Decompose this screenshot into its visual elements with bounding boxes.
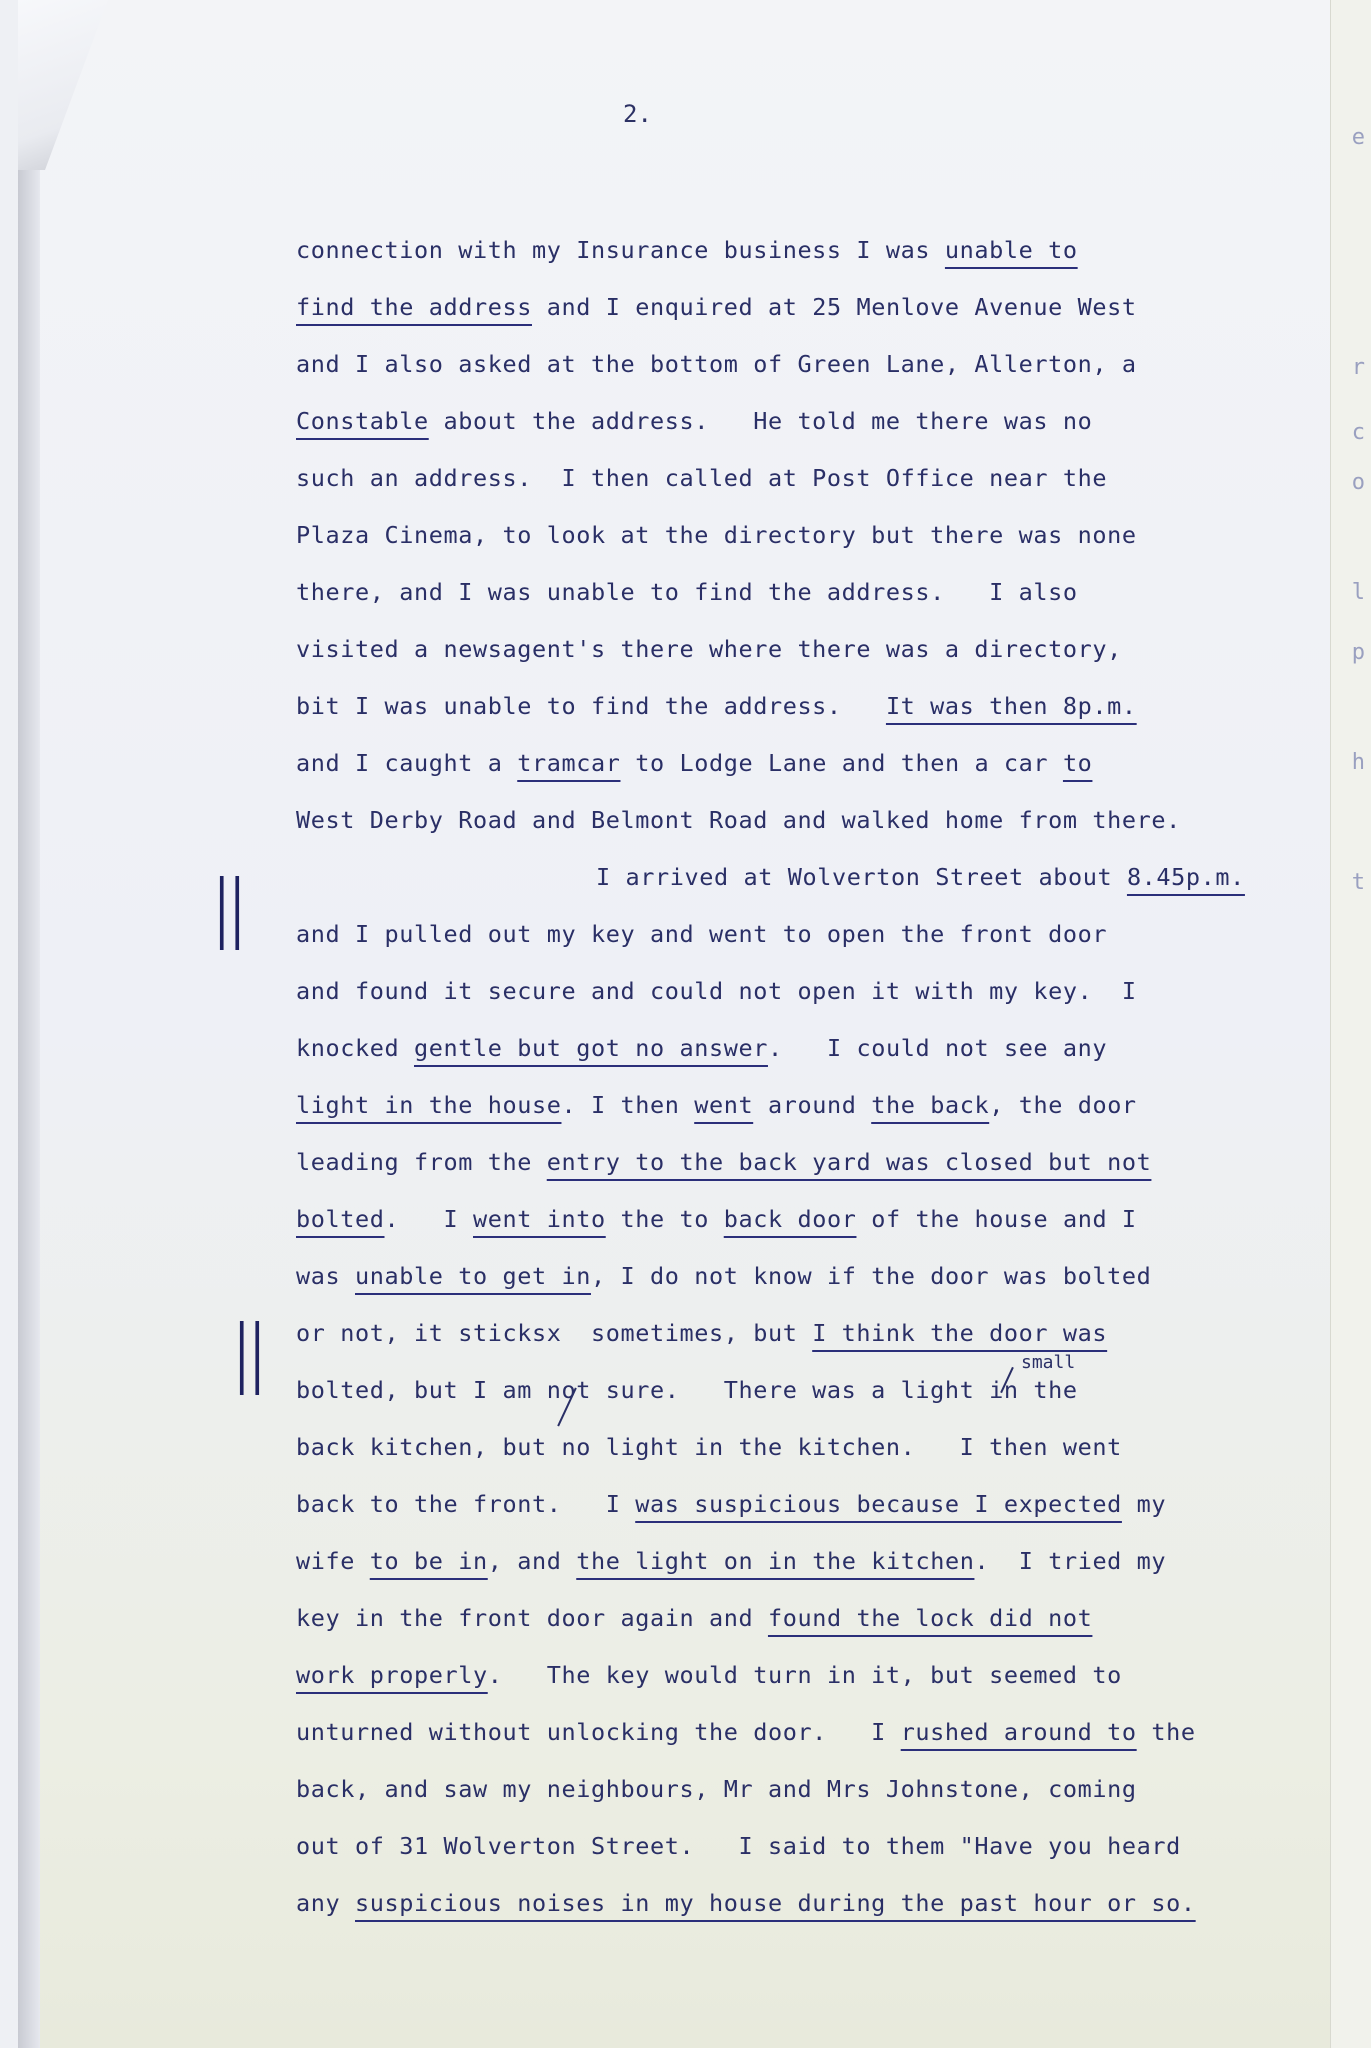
typed-line: knocked gentle but got no answer. I coul… xyxy=(296,1020,1356,1077)
underlined-text: went into xyxy=(473,1205,606,1233)
typed-line: unturned without unlocking the door. I r… xyxy=(296,1704,1356,1761)
underlined-text: light in the house xyxy=(296,1091,561,1119)
underlined-text: to be in xyxy=(370,1547,488,1575)
underlined-text: went xyxy=(694,1091,753,1119)
typed-line: and found it secure and could not open i… xyxy=(296,963,1356,1020)
typed-line: back to the front. I was suspicious beca… xyxy=(296,1476,1356,1533)
text-segment: such an address. I then called at Post O… xyxy=(296,464,1107,492)
text-segment: about the address. He told me there was … xyxy=(429,407,1093,435)
text-segment: . The key would turn in it, but seemed t… xyxy=(488,1661,1122,1689)
page-edge-shadow xyxy=(18,130,40,2048)
text-segment: , and xyxy=(488,1547,577,1575)
underlined-text: work properly xyxy=(296,1661,488,1689)
underlined-text: unable to get in xyxy=(355,1262,591,1290)
underlined-text: rushed around to xyxy=(901,1718,1137,1746)
text-segment: back, and saw my neighbours, Mr and Mrs … xyxy=(296,1775,1137,1803)
underlined-text: It was then 8p.m. xyxy=(886,692,1137,720)
typed-line: and I pulled out my key and went to open… xyxy=(296,906,1356,963)
typed-line: any suspicious noises in my house during… xyxy=(296,1875,1356,1932)
text-segment: the xyxy=(1137,1718,1196,1746)
text-segment: back kitchen, but no light in the kitche… xyxy=(296,1433,1122,1461)
text-segment: was xyxy=(296,1262,355,1290)
typed-line: work properly. The key would turn in it,… xyxy=(296,1647,1356,1704)
underlined-text: Constable xyxy=(296,407,429,435)
text-segment: there, and I was unable to find the addr… xyxy=(296,578,1078,606)
typed-line: bolted. I went into the to back door of … xyxy=(296,1191,1356,1248)
typed-line: back, and saw my neighbours, Mr and Mrs … xyxy=(296,1761,1356,1818)
underlined-text: to xyxy=(1063,749,1093,777)
text-segment: out of 31 Wolverton Street. I said to th… xyxy=(296,1832,1181,1860)
underlined-text: gentle but got no answer xyxy=(414,1034,768,1062)
text-segment: around xyxy=(753,1091,871,1119)
typed-line: find the address and I enquired at 25 Me… xyxy=(296,279,1356,336)
typed-line: West Derby Road and Belmont Road and wal… xyxy=(296,792,1356,849)
typed-line: and I also asked at the bottom of Green … xyxy=(296,336,1356,393)
typed-line: Constable about the address. He told me … xyxy=(296,393,1356,450)
text-segment: and I also asked at the bottom of Green … xyxy=(296,350,1137,378)
text-segment: unturned without unlocking the door. I xyxy=(296,1718,901,1746)
typed-line: was unable to get in, I do not know if t… xyxy=(296,1248,1356,1305)
text-segment: and found it secure and could not open i… xyxy=(296,977,1137,1005)
text-segment: bolted, but I am not sure. There was a l… xyxy=(296,1376,1078,1404)
text-segment: bit I was unable to find the address. xyxy=(296,692,886,720)
typed-line: I arrived at Wolverton Street about 8.45… xyxy=(296,849,1356,906)
text-segment: connection with my Insurance business I … xyxy=(296,236,945,264)
text-segment: . I xyxy=(385,1205,474,1233)
text-segment: . I could not see any xyxy=(768,1034,1107,1062)
underlined-text: 8.45p.m. xyxy=(1127,863,1245,891)
typed-line: key in the front door again and found th… xyxy=(296,1590,1356,1647)
underlined-text: was suspicious because I expected xyxy=(635,1490,1122,1518)
typed-line: connection with my Insurance business I … xyxy=(296,222,1356,279)
underlined-text: back door xyxy=(724,1205,857,1233)
margin-double-stroke-mark: || xyxy=(214,864,245,950)
typed-line: light in the house. I then went around t… xyxy=(296,1077,1356,1134)
typed-line: visited a newsagent's there where there … xyxy=(296,621,1356,678)
text-segment: and I caught a xyxy=(296,749,517,777)
underlined-text: found the lock did not xyxy=(768,1604,1092,1632)
text-segment: Plaza Cinema, to look at the directory b… xyxy=(296,521,1137,549)
underlined-text: I think the door was xyxy=(812,1319,1107,1347)
underlined-text: the back xyxy=(871,1091,989,1119)
page-number: 2. xyxy=(623,100,652,128)
text-segment: knocked xyxy=(296,1034,414,1062)
underlined-text: entry to the back yard was closed but no… xyxy=(547,1148,1152,1176)
typed-line: bit I was unable to find the address. It… xyxy=(296,678,1356,735)
typed-statement-body: connection with my Insurance business I … xyxy=(296,222,1356,1932)
underlined-text: find the address xyxy=(296,293,532,321)
typed-line: leading from the entry to the back yard … xyxy=(296,1134,1356,1191)
typed-line: Plaza Cinema, to look at the directory b… xyxy=(296,507,1356,564)
typed-line: and I caught a tramcar to Lodge Lane and… xyxy=(296,735,1356,792)
typed-line: wife to be in, and the light on in the k… xyxy=(296,1533,1356,1590)
folded-page-corner xyxy=(18,0,108,170)
text-segment: back to the front. I xyxy=(296,1490,635,1518)
typed-line: such an address. I then called at Post O… xyxy=(296,450,1356,507)
text-segment: West Derby Road and Belmont Road and wal… xyxy=(296,806,1181,834)
text-segment: key in the front door again and xyxy=(296,1604,768,1632)
underlined-text: unable to xyxy=(945,236,1078,264)
text-segment: of the house and I xyxy=(856,1205,1136,1233)
typed-line: there, and I was unable to find the addr… xyxy=(296,564,1356,621)
text-segment: I arrived at Wolverton Street about xyxy=(596,863,1127,891)
text-segment: and I enquired at 25 Menlove Avenue West xyxy=(532,293,1137,321)
handwritten-insert-small: small xyxy=(1021,1352,1075,1373)
underlined-text: suspicious noises in my house during the… xyxy=(355,1889,1196,1917)
text-segment: leading from the xyxy=(296,1148,547,1176)
underlined-text: bolted xyxy=(296,1205,385,1233)
document-page: 2. connection with my Insurance business… xyxy=(18,0,1348,2048)
text-segment: , the door xyxy=(989,1091,1136,1119)
text-segment: wife xyxy=(296,1547,370,1575)
text-segment: . I then xyxy=(561,1091,694,1119)
text-segment: , I do not know if the door was bolted xyxy=(591,1262,1151,1290)
underlined-text: tramcar xyxy=(517,749,620,777)
text-segment: visited a newsagent's there where there … xyxy=(296,635,1122,663)
text-segment: any xyxy=(296,1889,355,1917)
text-segment: and I pulled out my key and went to open… xyxy=(296,920,1107,948)
typed-line: back kitchen, but no light in the kitche… xyxy=(296,1419,1356,1476)
underlined-text: the light on in the kitchen xyxy=(576,1547,974,1575)
margin-double-stroke-mark: || xyxy=(234,1309,265,1395)
text-segment: to Lodge Lane and then a car xyxy=(620,749,1062,777)
typed-line: bolted, but I am not sure. There was a l… xyxy=(296,1362,1356,1419)
text-segment: the to xyxy=(606,1205,724,1233)
typed-line: or not, it sticksx sometimes, but I thin… xyxy=(296,1305,1356,1362)
text-segment: my xyxy=(1122,1490,1166,1518)
typed-line: out of 31 Wolverton Street. I said to th… xyxy=(296,1818,1356,1875)
text-segment: . I tried my xyxy=(974,1547,1166,1575)
text-segment: or not, it sticksx sometimes, but xyxy=(296,1319,812,1347)
adjacent-page-edge: e r c o l p h t xyxy=(1330,0,1371,2048)
